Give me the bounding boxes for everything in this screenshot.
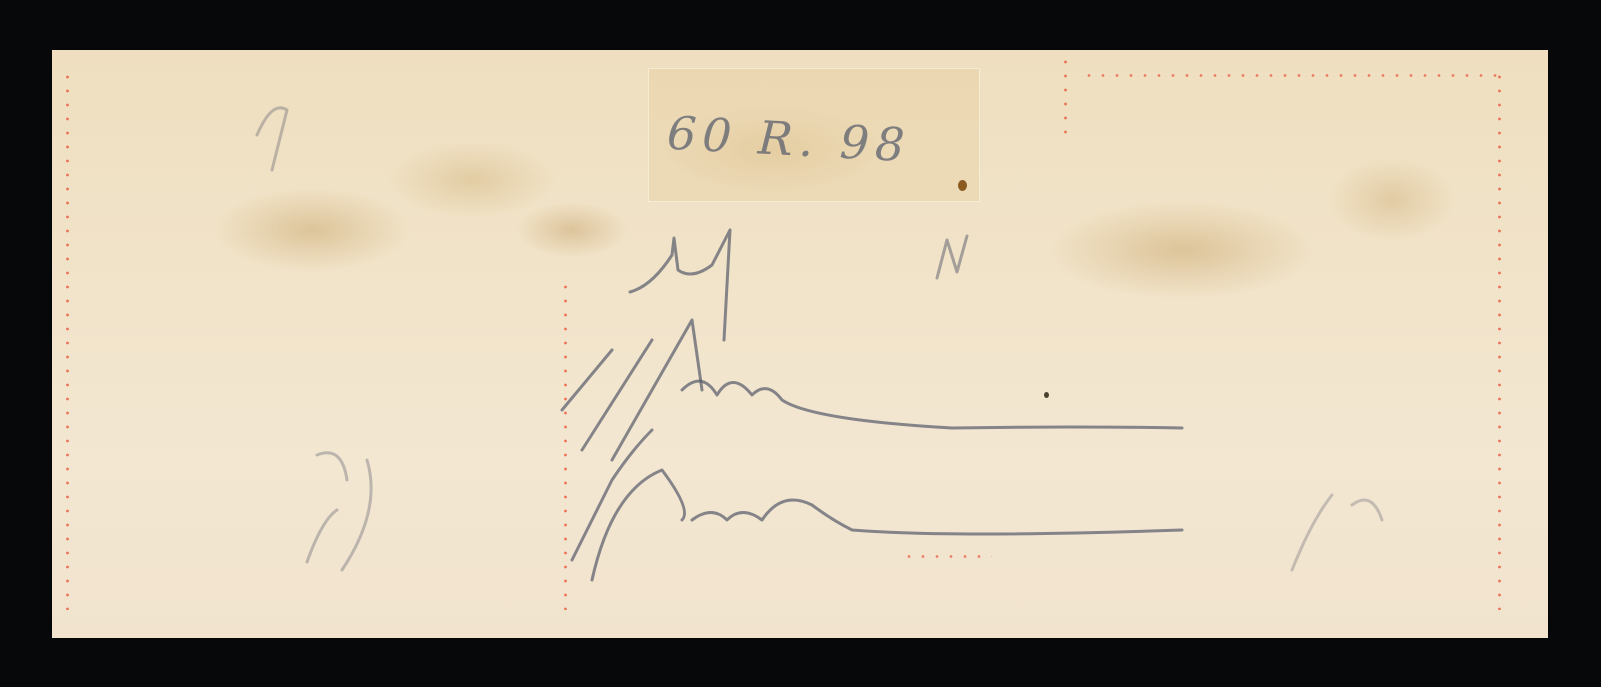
signature-underline-1 [682, 381, 1182, 428]
pencil-signatures [52, 50, 1548, 638]
stamp-strip-back: 60 R. 98 [52, 50, 1548, 638]
photo-stage: 60 R. 98 [0, 0, 1601, 687]
signature-underline-2 [692, 500, 1182, 534]
signature-initial-mark [630, 230, 730, 340]
